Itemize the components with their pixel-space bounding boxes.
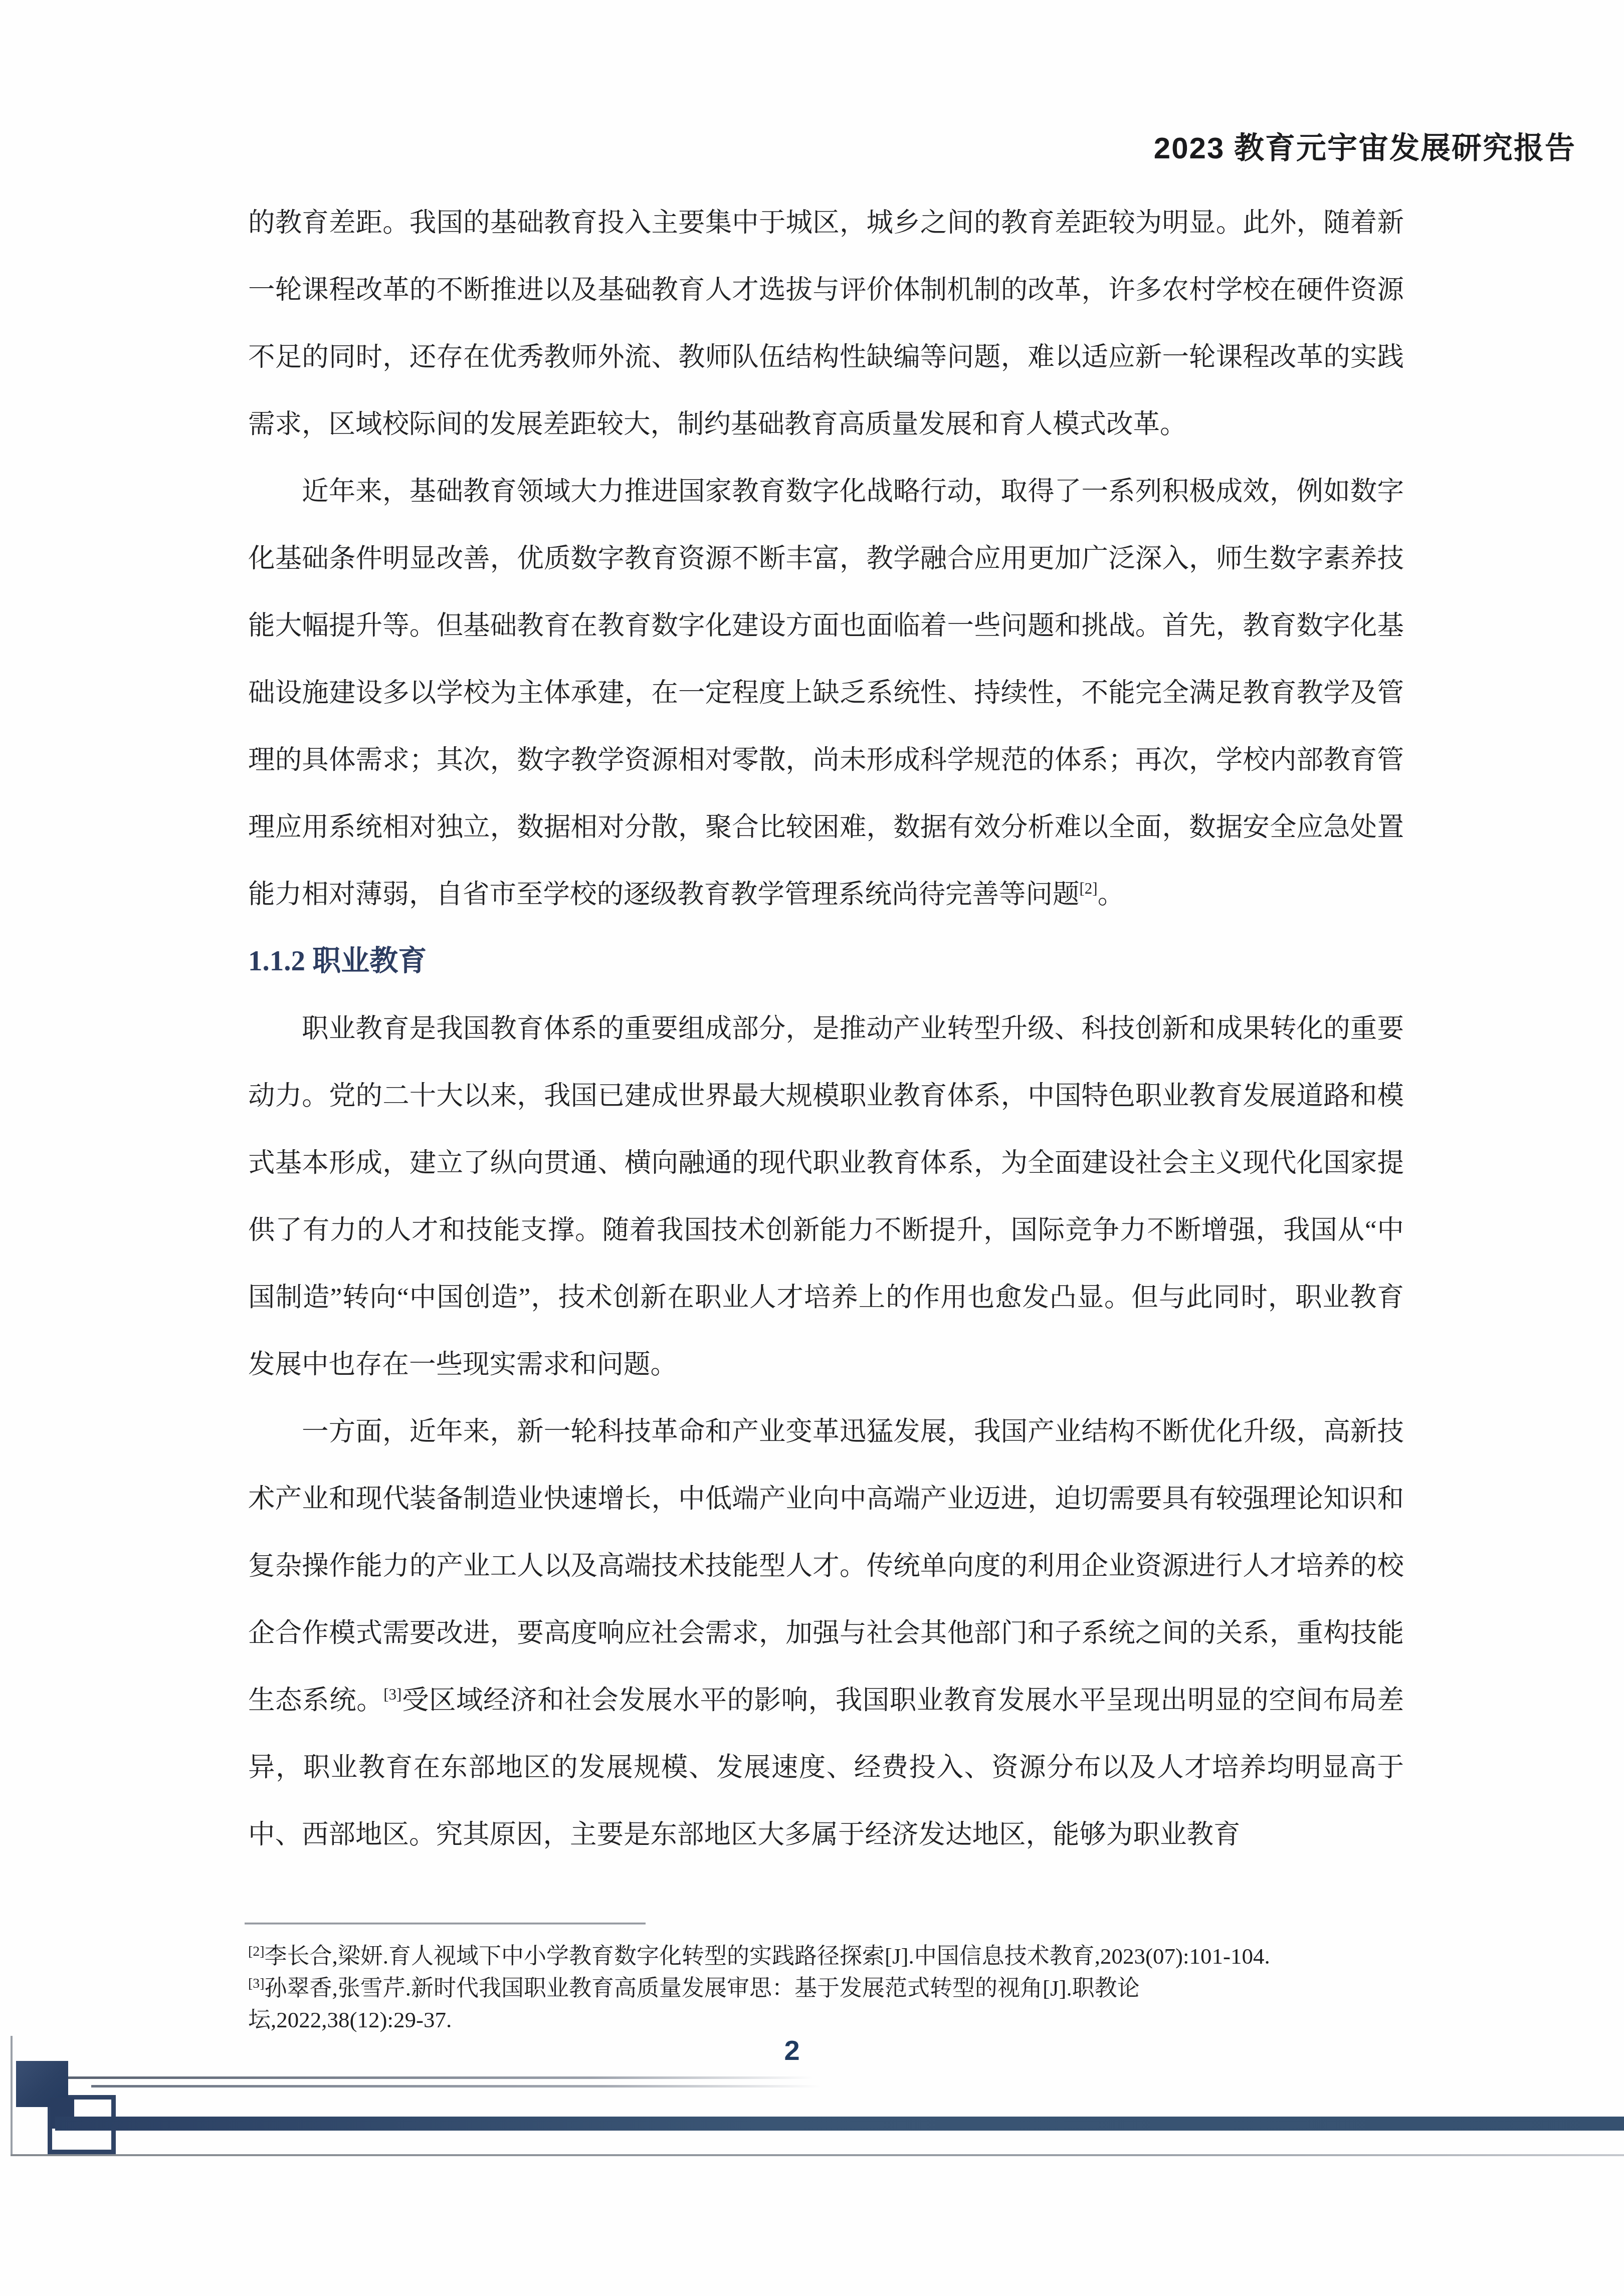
footnote-2-text: 李长合,梁妍.育人视域下中小学教育数字化转型的实践路径探索[J].中国信息技术教… bbox=[265, 1944, 1270, 1969]
footer-navy-accent-bar bbox=[55, 2117, 1624, 2131]
footnotes-block: [2]李长合,梁妍.育人视域下中小学教育数字化转型的实践路径探索[J].中国信息… bbox=[248, 1941, 1426, 2036]
body-paragraph-2: 近年来，基础教育领域大力推进国家教育数字化战略行动，取得了一系列积极成效，例如数… bbox=[248, 458, 1404, 928]
page-header-title: 2023 教育元宇宙发展研究报告 bbox=[1154, 124, 1576, 167]
paragraph-4-text-after-ref: 受区域经济和社会发展水平的影响，我国职业教育发展水平呈现出明显的空间布局差异，职… bbox=[248, 1685, 1404, 1849]
footnote-3-line-2: 坛,2022,38(12):29-37. bbox=[248, 2004, 1426, 2036]
report-page: 2023 教育元宇宙发展研究报告 的教育差距。我国的基础教育投入主要集中于城区，… bbox=[0, 0, 1624, 2296]
footnote-2-marker: [2] bbox=[248, 1944, 265, 1959]
body-paragraph-4: 一方面，近年来，新一轮科技革命和产业变革迅猛发展，我国产业结构不断优化升级，高新… bbox=[248, 1398, 1404, 1868]
footer-vertical-gray-line bbox=[11, 2036, 13, 2156]
citation-ref-3: [3] bbox=[383, 1686, 401, 1703]
body-paragraph-1: 的教育差距。我国的基础教育投入主要集中于城区，城乡之间的教育差距较为明显。此外，… bbox=[248, 189, 1404, 458]
section-heading-1-1-2: 1.1.2 职业教育 bbox=[248, 928, 1404, 995]
footnote-3-text-line-2: 坛,2022,38(12):29-37. bbox=[248, 2007, 452, 2032]
footnote-separator bbox=[245, 1923, 646, 1925]
paragraph-2-text: 近年来，基础教育领域大力推进国家教育数字化战略行动，取得了一系列积极成效，例如数… bbox=[248, 476, 1404, 909]
footnote-2: [2]李长合,梁妍.育人视域下中小学教育数字化转型的实践路径探索[J].中国信息… bbox=[248, 1941, 1426, 1973]
paragraph-4-text-before-ref: 一方面，近年来，新一轮科技革命和产业变革迅猛发展，我国产业结构不断优化升级，高新… bbox=[248, 1416, 1404, 1715]
footnote-3-text-line-1: 孙翠香,张雪芹.新时代我国职业教育高质量发展审思：基于发展范式转型的视角[J].… bbox=[265, 1976, 1140, 2001]
footnote-3-marker: [3] bbox=[248, 1976, 265, 1991]
paragraph-2-period: 。 bbox=[1098, 879, 1125, 909]
citation-ref-2: [2] bbox=[1080, 880, 1098, 897]
body-paragraph-3: 职业教育是我国教育体系的重要组成部分，是推动产业转型升级、科技创新和成果转化的重… bbox=[248, 995, 1404, 1398]
footer-bottom-gray-line bbox=[11, 2154, 1624, 2156]
footer-thin-gray-line-upper bbox=[67, 2076, 814, 2079]
main-text-column: 的教育差距。我国的基础教育投入主要集中于城区，城乡之间的教育差距较为明显。此外，… bbox=[248, 189, 1404, 1868]
footer-thin-gray-line-lower bbox=[91, 2085, 821, 2088]
page-number: 2 bbox=[762, 2034, 822, 2066]
footnote-3-line-1: [3]孙翠香,张雪芹.新时代我国职业教育高质量发展审思：基于发展范式转型的视角[… bbox=[248, 1973, 1426, 2005]
